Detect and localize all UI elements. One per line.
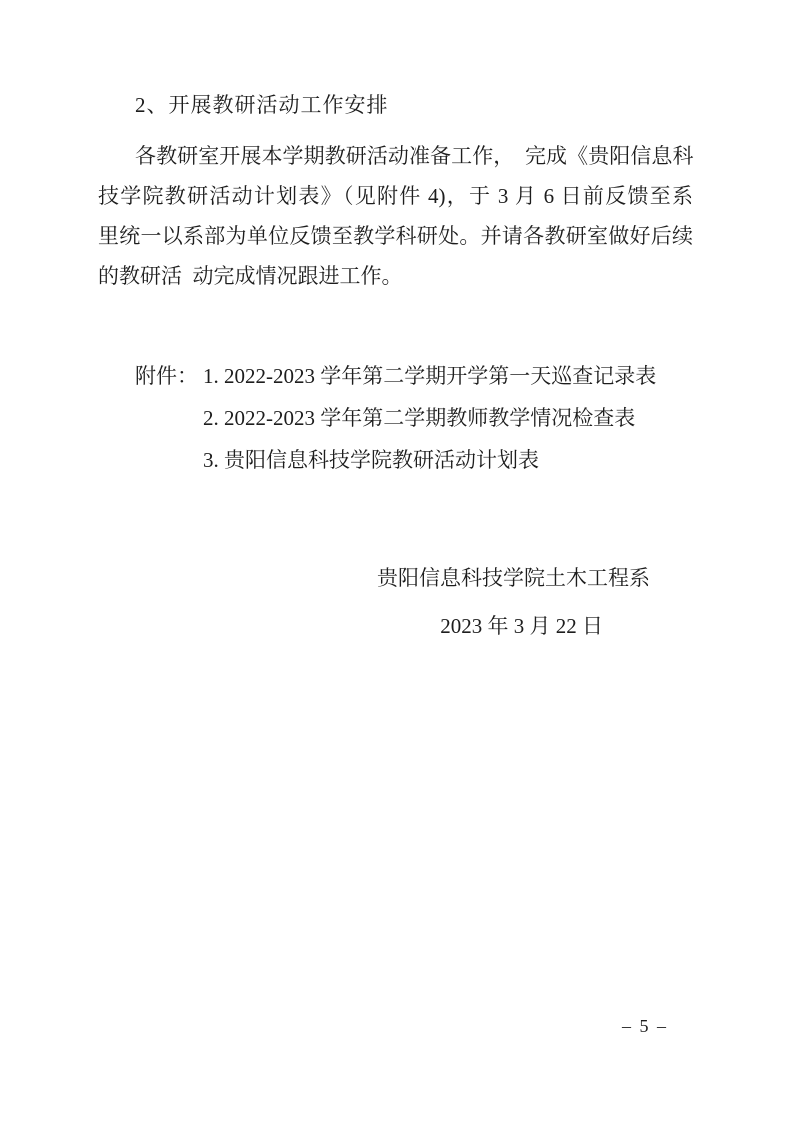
page-number: – 5 –: [622, 1013, 668, 1039]
document-page: 2、开展教研活动工作安排 各教研室开展本学期教研活动准备工作， 完成《贵阳信息科…: [0, 0, 793, 1122]
attachment-row: 3. 贵阳信息科技学院教研活动计划表: [135, 439, 656, 481]
attachment-item: 2. 2022-2023 学年第二学期教师教学情况检查表: [203, 397, 635, 439]
attachment-row: 2. 2022-2023 学年第二学期教师教学情况检查表: [135, 397, 656, 439]
paragraph-line: 各教研室开展本学期教研活动准备工作， 完成《贵阳信息科: [98, 136, 693, 176]
body-paragraph: 各教研室开展本学期教研活动准备工作， 完成《贵阳信息科 技学院教研活动计划表》（…: [98, 136, 693, 296]
attachments-label: 附件：: [135, 355, 203, 397]
paragraph-line: 里统一以系部为单位反馈至教学科研处。并请各教研室做好后续: [98, 216, 693, 256]
attachment-item: 3. 贵阳信息科技学院教研活动计划表: [203, 439, 539, 481]
paragraph-line: 技学院教研活动计划表》（见附件 4)，于 3 月 6 日前反馈至系: [98, 176, 693, 216]
attachment-item: 1. 2022-2023 学年第二学期开学第一天巡查记录表: [203, 355, 656, 397]
attachments-label-spacer: [135, 439, 203, 481]
attachments-block: 附件： 1. 2022-2023 学年第二学期开学第一天巡查记录表 2. 202…: [135, 355, 656, 481]
section-heading: 2、开展教研活动工作安排: [135, 85, 389, 125]
signature-date: 2023 年 3 月 22 日: [440, 606, 603, 646]
attachment-row: 附件： 1. 2022-2023 学年第二学期开学第一天巡查记录表: [135, 355, 656, 397]
signature-organization: 贵阳信息科技学院土木工程系: [377, 558, 650, 598]
attachments-label-spacer: [135, 397, 203, 439]
paragraph-line: 的教研活 动完成情况跟进工作。: [98, 256, 693, 296]
